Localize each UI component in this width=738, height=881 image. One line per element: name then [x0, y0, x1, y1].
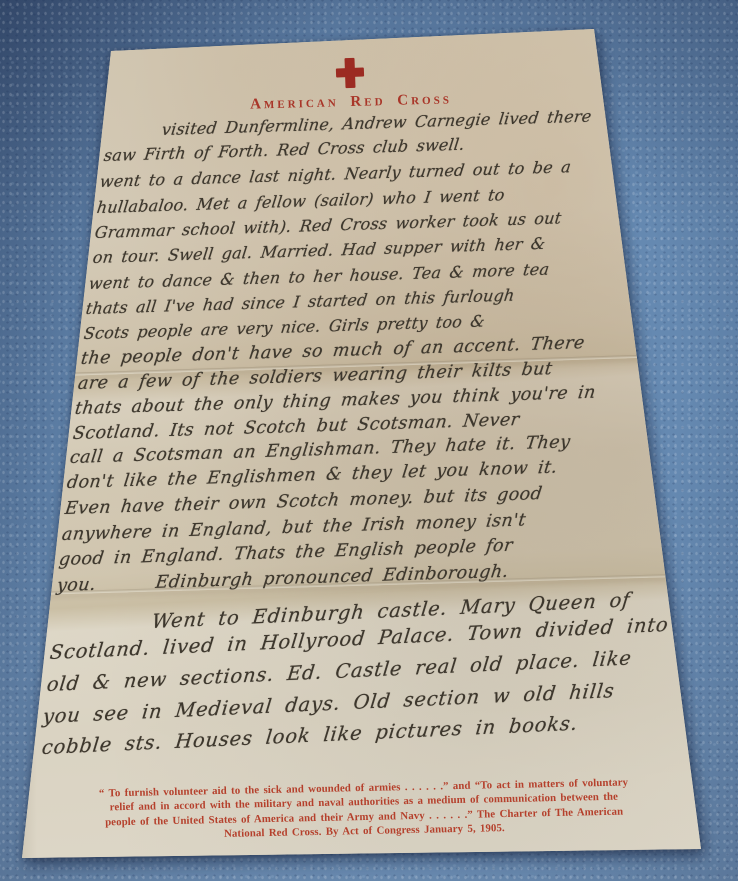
handwriting-line: visited Dunfermline, Andrew Carnegie liv…: [161, 106, 593, 139]
handwriting-line: saw Firth of Forth. Red Cross club swell…: [103, 135, 466, 165]
handwritten-body: visited Dunfermline, Andrew Carnegie liv…: [0, 0, 738, 881]
letter-paper: American Red Cross visited Dunfermline, …: [0, 0, 738, 881]
paper-sheet: American Red Cross visited Dunfermline, …: [0, 0, 738, 881]
photo-scene: American Red Cross visited Dunfermline, …: [0, 0, 738, 881]
